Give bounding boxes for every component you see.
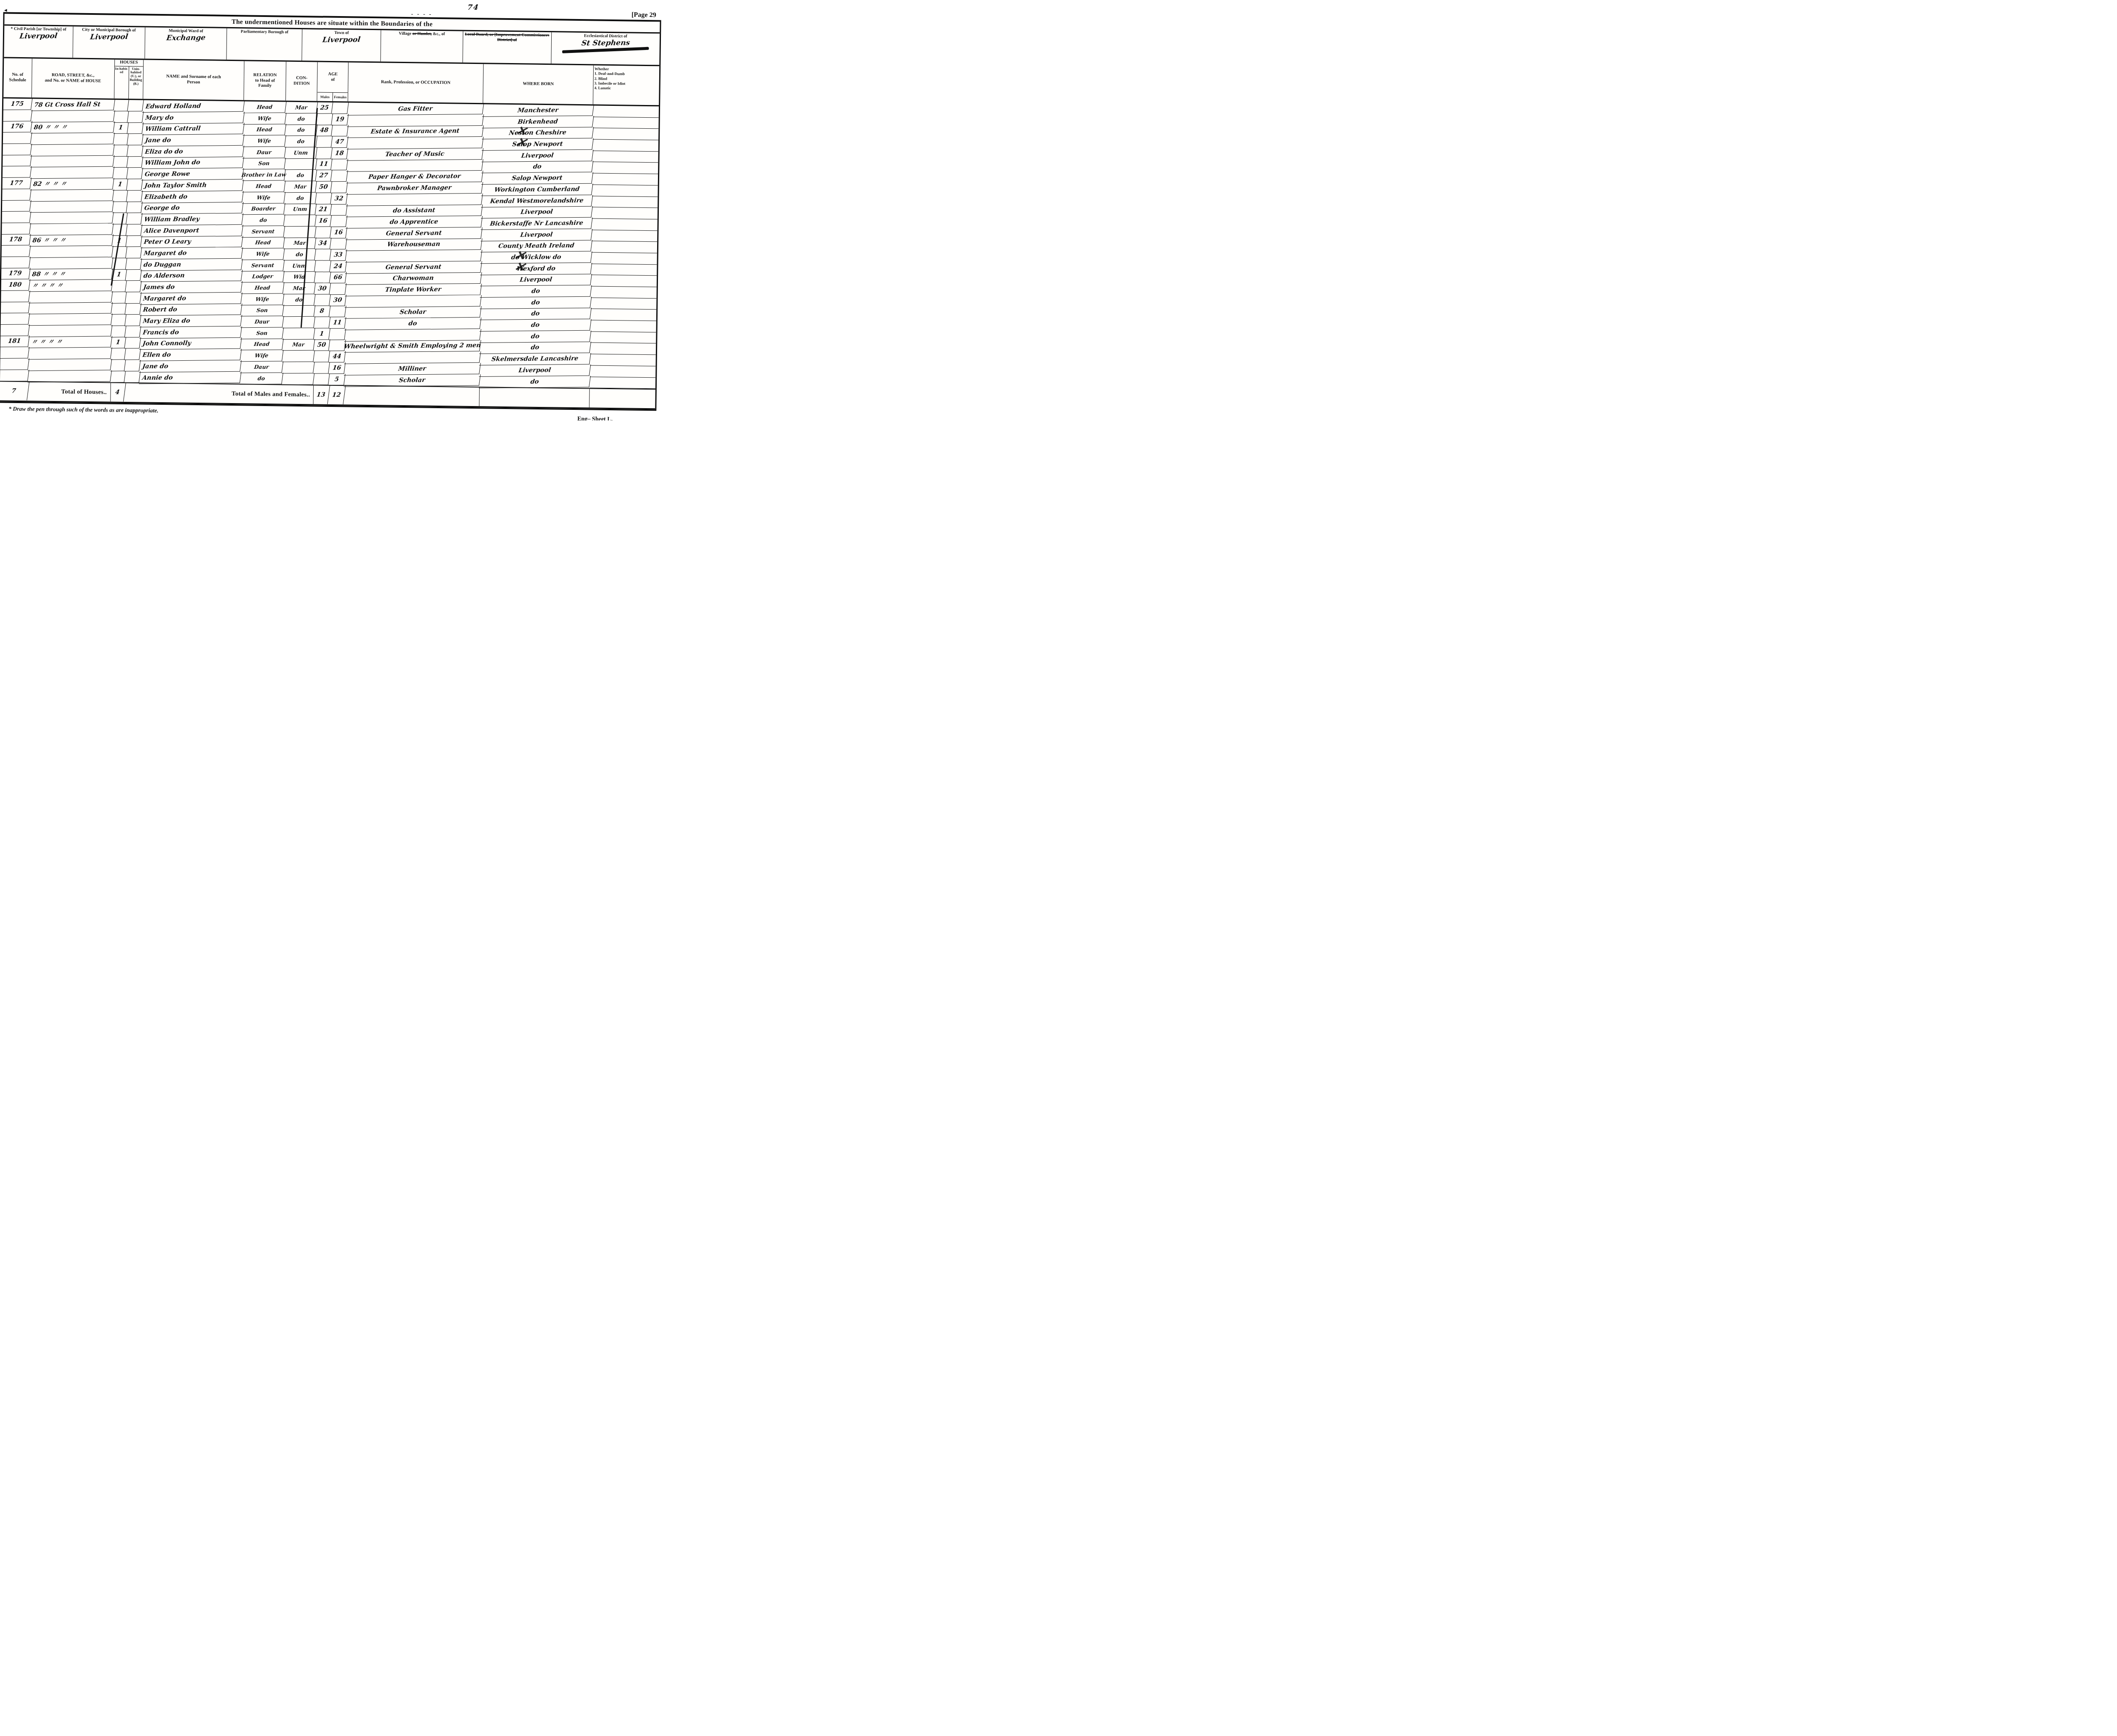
road-cell: [29, 246, 113, 258]
born-cell: do: [481, 161, 593, 173]
sheet-number: 74: [467, 4, 479, 11]
col-name-header: NAME and Surname of each Person: [143, 60, 244, 100]
civil-parish-cell: * Civil Parish [or Township] of Liverpoo…: [4, 25, 73, 58]
road-cell: [30, 189, 114, 201]
occupation-cell: Teacher of Music: [347, 148, 484, 160]
whether-cell: [590, 354, 656, 367]
condition-cell: do: [285, 124, 318, 136]
schedule-cell: 181: [0, 336, 30, 347]
inhabited-cell: [111, 326, 126, 337]
inhabited-cell: [111, 303, 126, 315]
schedule-cell: 178: [1, 234, 30, 246]
occupation-cell: Pawnbroker Manager: [346, 182, 483, 194]
name-cell: Alice Davenport: [141, 224, 243, 237]
inhabited-cell: [111, 258, 127, 269]
houses-group-label: HOUSES: [115, 60, 143, 66]
inhabited-cell: 1: [113, 122, 128, 134]
born-cell: Birkenhead: [482, 116, 594, 128]
totals-empty-whether: [589, 389, 655, 409]
age-females-cell: [330, 204, 348, 216]
pen-dashes: - - - -: [411, 11, 432, 18]
condition-cell: Unm: [285, 147, 318, 158]
name-cell: Edward Holland: [142, 100, 245, 113]
relation-cell: Boarder: [242, 203, 285, 215]
census-sheet-scan: 74 - - - - [Page 29 ◄ The undermentioned…: [0, 0, 664, 420]
age-females-cell: [330, 216, 348, 227]
road-cell: [29, 257, 113, 269]
schedule-cell: [2, 155, 32, 166]
relation-cell: Servant: [242, 226, 285, 238]
age-females-cell: [332, 102, 349, 114]
col-uninhabited-header: Unin-habited (U.), or Building (B.): [129, 66, 143, 99]
whether-cell: [592, 185, 658, 197]
inhabited-cell: [110, 371, 125, 382]
age-males-cell: [315, 227, 332, 238]
inhabited-cell: 1: [111, 337, 126, 348]
whether-cell: [591, 320, 656, 332]
age-females-cell: [331, 182, 348, 193]
ecclesiastical-district-label: Ecclesiastical District of: [553, 33, 659, 39]
road-cell: [28, 348, 112, 359]
ecclesiastical-district-cell: Ecclesiastical District of St Stephens: [551, 32, 660, 65]
road-cell: 82 〃 〃 〃: [30, 178, 114, 190]
whether-cell: [592, 218, 658, 231]
road-cell: [30, 110, 115, 122]
age-males-cell: [316, 136, 333, 148]
uninhabited-cell: [126, 191, 143, 202]
condition-cell: do: [285, 136, 318, 147]
condition-cell: Mar: [283, 283, 316, 294]
age-males-cell: [315, 193, 332, 204]
village-cell: Village or Hamlet, &c., of: [381, 30, 463, 62]
occupation-cell: [347, 137, 484, 149]
relation-cell: Lodger: [241, 271, 285, 283]
road-cell: 〃 〃 〃 〃: [28, 336, 112, 348]
totals-empty-occupation: [345, 386, 480, 406]
occupation-cell: [345, 295, 481, 307]
born-cell: do: [479, 330, 591, 343]
village-value: [382, 37, 462, 38]
age-females-cell: [332, 125, 349, 136]
schedule-cell: [1, 200, 31, 212]
whether-cell: [590, 365, 655, 378]
relation-cell: Daur: [240, 316, 284, 328]
inhabited-cell: [112, 202, 127, 213]
age-females-cell: 66: [329, 272, 347, 283]
born-cell: Neston Cheshire: [482, 127, 594, 139]
occupation-cell: [347, 114, 484, 127]
town-value: Liverpool: [303, 36, 380, 44]
occupation-cell: [344, 329, 481, 341]
uninhabited-cell: [126, 224, 142, 236]
age-males-cell: 8: [314, 306, 331, 317]
age-females-cell: 16: [329, 362, 346, 374]
uninhabited-cell: [124, 360, 141, 371]
name-cell: John Taylor Smith: [141, 180, 244, 192]
condition-cell: [282, 362, 315, 373]
occupation-cell: do Assistant: [346, 205, 483, 217]
born-cell: Kendal Westmorelandshire: [481, 195, 593, 207]
table-frame: The undermentioned Houses are situate wi…: [0, 12, 661, 411]
inhabited-cell: [113, 134, 128, 145]
born-cell: Skelmersdale Lancashire: [479, 353, 591, 365]
village-label: Village or Hamlet, &c., of: [382, 31, 462, 37]
whether-cell: [592, 162, 658, 174]
age-females-cell: 24: [330, 261, 347, 272]
town-label: Town of: [304, 30, 379, 36]
engraver-sheet-label: Eng– Sheet L.: [577, 416, 613, 420]
relation-cell: Daur: [243, 147, 286, 158]
name-cell: George do: [141, 202, 244, 214]
road-cell: 80 〃 〃 〃: [30, 122, 115, 133]
relation-cell: Wife: [241, 248, 285, 260]
whether-cell: [593, 140, 658, 152]
name-cell: John Connolly: [139, 337, 242, 350]
name-cell: Jane do: [139, 360, 242, 373]
municipal-ward-value: Exchange: [146, 34, 226, 42]
total-houses-label: Total of Houses..: [28, 382, 111, 401]
inhabited-cell: [111, 281, 127, 292]
schedule-cell: [1, 257, 30, 268]
schedule-cell: [0, 302, 30, 313]
age-males-cell: 16: [315, 215, 332, 227]
col-age-females-header: Females: [333, 93, 348, 101]
occupation-cell: General Servant: [345, 261, 482, 274]
condition-cell: [284, 226, 317, 238]
schedule-cell: [1, 223, 31, 234]
inhabited-cell: [111, 348, 126, 360]
page-number-label: [Page 29: [631, 11, 656, 19]
inhabited-cell: [110, 359, 125, 371]
col-schedule-header: No. of Schedule: [3, 58, 32, 97]
name-cell: Margaret do: [140, 247, 243, 260]
born-cell: Salop Newport: [482, 138, 594, 151]
age-females-cell: 5: [328, 373, 345, 385]
relation-cell: Head: [243, 102, 287, 113]
condition-cell: do: [283, 294, 316, 305]
born-cell: Bickerstaffe Nr Lancashire: [481, 218, 593, 230]
age-females-cell: [331, 170, 348, 182]
col-age-males-header: Males: [318, 92, 333, 101]
name-cell: William Cattrall: [142, 123, 245, 135]
col-born-header: WHERE BORN: [483, 64, 594, 104]
schedule-cell: [0, 324, 30, 336]
age-females-cell: 33: [330, 249, 347, 261]
occupation-cell: Charwoman: [345, 272, 482, 285]
whether-cell: [591, 241, 657, 254]
col-whether-header: Whether 1. Deaf-and-Dumb 2. Blind 3. Imb…: [593, 65, 659, 105]
occupation-cell: General Servant: [345, 227, 482, 239]
condition-cell: [282, 305, 315, 317]
occupation-cell: do: [345, 318, 481, 330]
occupation-cell: Wheelwright & Smith Employing 2 men: [344, 340, 481, 352]
occupation-cell: Milliner: [344, 363, 481, 375]
condition-cell: [282, 373, 315, 384]
age-females-cell: 44: [329, 351, 346, 362]
born-cell: Liverpool: [481, 229, 592, 241]
road-cell: [28, 314, 112, 326]
age-males-cell: [315, 272, 331, 283]
uninhabited-cell: [127, 100, 144, 111]
road-cell: [28, 302, 113, 314]
schedule-cell: [1, 211, 31, 223]
road-cell: [30, 133, 115, 145]
whether-cell: [593, 151, 658, 163]
relation-cell: do: [242, 214, 285, 226]
relation-cell: Wife: [241, 293, 285, 305]
condition-cell: Mar: [282, 339, 315, 351]
uninhabited-cell: [125, 247, 142, 258]
condition-cell: Mar: [283, 238, 316, 249]
uninhabited-cell: [127, 111, 144, 123]
age-males-cell: 21: [315, 204, 332, 216]
road-cell: [28, 370, 112, 382]
whether-cell: [592, 207, 658, 220]
age-males-cell: 50: [314, 340, 330, 351]
born-cell: Liverpool: [482, 149, 594, 162]
schedule-cell: 179: [0, 268, 30, 279]
age-females-cell: 32: [331, 193, 348, 204]
road-cell: [30, 167, 114, 179]
road-cell: 78 Gt Cross Hall St: [31, 99, 115, 111]
uninhabited-cell: [124, 326, 141, 337]
local-board-cell: Local Board, or [Improvement Commissione…: [463, 31, 552, 64]
age-females-cell: 16: [330, 227, 348, 238]
age-males-cell: 30: [314, 283, 331, 295]
col-condition-header: CON- DITION: [286, 62, 318, 101]
name-cell: Annie do: [139, 371, 242, 384]
uninhabited-cell: [125, 258, 142, 270]
whether-cell: [592, 196, 658, 208]
relation-cell: Wife: [240, 350, 284, 362]
inhabited-cell: [113, 156, 128, 168]
total-males-value: 13: [312, 386, 330, 404]
age-males-cell: [314, 317, 330, 329]
born-cell: Manchester: [482, 105, 594, 117]
relation-cell: Son: [240, 327, 284, 339]
whether-cell: [590, 343, 656, 355]
inhabited-cell: [113, 100, 129, 111]
name-cell: William Bradley: [141, 213, 243, 226]
schedule-cell: 176: [2, 121, 32, 133]
name-cell: George Rowe: [141, 168, 244, 180]
condition-cell: Mar: [285, 102, 318, 113]
struck-words: or Hamlet,: [412, 31, 432, 36]
born-cell: Salop Newport: [481, 172, 593, 185]
whether-cell: [591, 286, 657, 299]
name-cell: do Duggan: [140, 258, 243, 271]
whether-cell: [592, 174, 658, 186]
ink-blot: ◄: [3, 8, 8, 13]
condition-cell: Unm: [284, 204, 317, 215]
uninhabited-cell: [124, 348, 141, 360]
schedule-cell: [0, 358, 29, 370]
parliamentary-borough-label: Parliamentary Borough of: [228, 29, 301, 35]
uninhabited-cell: [127, 122, 144, 134]
whether-cell: [591, 275, 657, 287]
born-cell: Workington Cumberland: [481, 184, 593, 196]
age-males-cell: [315, 260, 331, 272]
uninhabited-cell: [125, 292, 141, 304]
occupation-cell: Paper Hanger & Decorator: [346, 171, 483, 183]
occupation-cell: [345, 250, 482, 262]
schedule-cell: [1, 245, 30, 257]
name-cell: Ellen do: [139, 349, 242, 361]
condition-cell: do: [284, 170, 317, 181]
municipal-borough-cell: City or Municipal Borough of Liverpool: [73, 26, 145, 58]
age-males-cell: 48: [316, 125, 333, 136]
civil-parish-value: Liverpool: [5, 32, 72, 40]
whether-cell: [590, 377, 655, 389]
born-cell: do: [480, 296, 591, 309]
age-females-cell: [329, 329, 346, 340]
occupation-cell: [346, 159, 483, 171]
age-males-cell: [313, 351, 330, 362]
relation-cell: Brother in Law: [242, 169, 286, 181]
uninhabited-cell: [126, 202, 142, 213]
condition-cell: [285, 158, 318, 170]
condition-cell: [282, 317, 315, 328]
footnote-text: * Draw the pen through such of the words…: [8, 406, 158, 414]
condition-cell: Wid: [283, 271, 316, 283]
born-cell: County Meath Ireland: [481, 240, 592, 252]
born-cell: do: [479, 342, 591, 354]
name-cell: Francis do: [139, 326, 242, 339]
born-cell: do: [480, 319, 591, 332]
road-cell: [28, 359, 112, 370]
condition-cell: Unm: [283, 260, 316, 271]
struck-entry-scribble: [562, 47, 649, 53]
inhabited-cell: [112, 224, 127, 235]
table-body: 175 78 Gt Cross Hall St Edward Holland H…: [0, 98, 659, 389]
inhabited-cell: [112, 190, 127, 202]
age-males-cell: 27: [316, 170, 332, 182]
parliamentary-borough-value: [228, 35, 301, 36]
relation-cell: Head: [241, 237, 285, 249]
whether-cell: [590, 332, 656, 344]
road-cell: [28, 325, 112, 337]
age-females-cell: 19: [332, 114, 349, 125]
road-cell: 86 〃 〃 〃: [29, 235, 113, 246]
uninhabited-cell: [124, 315, 141, 326]
uninhabited-cell: [126, 213, 142, 224]
occupation-cell: [344, 351, 481, 364]
whether-cell: [593, 117, 659, 129]
relation-cell: Head: [241, 282, 285, 294]
relation-cell: Head: [243, 124, 286, 136]
whether-cell: [591, 252, 657, 265]
schedule-cell: 175: [3, 99, 32, 110]
col-houses-header: HOUSES In-habit-ed Unin-habited (U.), or…: [114, 60, 144, 99]
occupation-cell: Tinplate Worker: [345, 284, 482, 296]
road-cell: [30, 201, 114, 213]
uninhabited-cell: [124, 371, 140, 383]
road-cell: [30, 144, 114, 156]
age-females-cell: [329, 306, 346, 317]
municipal-ward-cell: Municipal Ward of Exchange: [145, 28, 227, 60]
relation-cell: Wife: [243, 135, 286, 147]
whether-cell: [591, 309, 656, 321]
name-cell: Peter O Leary: [141, 236, 243, 248]
uninhabited-cell: [127, 157, 143, 168]
municipal-borough-label: City or Municipal Borough of: [75, 27, 144, 33]
ecclesiastical-district-value: St Stephens: [552, 39, 659, 47]
age-males-cell: 50: [315, 181, 332, 193]
uninhabited-cell: [125, 235, 142, 247]
name-cell: Margaret do: [140, 293, 243, 305]
age-males-cell: 25: [317, 102, 333, 114]
schedule-cell: [0, 347, 29, 359]
occupation-cell: Scholar: [344, 374, 481, 386]
born-cell: Liverpool: [479, 365, 591, 377]
relation-cell: Servant: [241, 260, 285, 271]
local-board-value: [464, 43, 550, 44]
col-age-header: AGE of Males Females: [318, 62, 349, 101]
total-houses-value: 4: [109, 383, 125, 402]
age-males-cell: [315, 249, 331, 260]
uninhabited-cell: [125, 281, 141, 292]
age-females-cell: [331, 159, 348, 170]
inhabited-cell: [111, 315, 126, 326]
born-cell: Liverpool: [481, 206, 593, 218]
inhabited-cell: 1: [112, 235, 127, 247]
born-cell: do Wicklow do: [481, 252, 592, 264]
inhabited-cell: [112, 247, 127, 258]
whether-cell: [591, 264, 657, 276]
schedule-cell: [2, 133, 32, 144]
inhabited-cell: [112, 213, 127, 224]
age-females-cell: 47: [331, 136, 348, 148]
age-males-cell: [316, 147, 332, 159]
name-cell: Elizabeth do: [141, 191, 244, 203]
schedule-cell: [0, 370, 29, 381]
occupation-cell: Warehouseman: [345, 238, 482, 251]
condition-cell: Mar: [284, 181, 317, 193]
totals-empty-born: [479, 387, 590, 407]
occupation-cell: [346, 193, 483, 205]
relation-cell: do: [240, 373, 283, 384]
total-females-value: 12: [328, 386, 346, 404]
municipal-borough-value: Liverpool: [74, 33, 144, 41]
schedule-cell: [0, 313, 30, 325]
age-males-cell: [313, 373, 330, 385]
age-females-cell: 30: [329, 295, 347, 306]
occupation-cell: Scholar: [345, 306, 481, 318]
name-cell: William John do: [141, 157, 244, 169]
inhabited-cell: [113, 111, 128, 122]
born-cell: Wexford do: [480, 263, 592, 275]
col-inhabited-header: In-habit-ed: [114, 66, 129, 99]
schedule-cell: [2, 189, 31, 200]
parliamentary-borough-cell: Parliamentary Borough of: [227, 28, 303, 61]
schedule-cell: [2, 144, 32, 155]
uninhabited-cell: [126, 179, 143, 191]
occupation-cell: Gas Fitter: [347, 103, 484, 115]
road-cell: [29, 212, 113, 224]
schedule-cell: [3, 110, 32, 121]
uninhabited-cell: [124, 337, 141, 348]
age-males-cell: 11: [316, 159, 332, 170]
name-cell: James do: [140, 281, 243, 293]
col-occupation-header: Rank, Profession, or OCCUPATION: [348, 62, 484, 103]
col-road-header: ROAD, STREET, &c., and No. or NAME of HO…: [32, 58, 115, 98]
inhabited-cell: [111, 292, 126, 303]
name-cell: do Alderson: [140, 270, 243, 282]
inhabited-cell: [113, 145, 128, 156]
municipal-ward-label: Municipal Ward of: [146, 28, 226, 34]
condition-cell: do: [285, 113, 318, 124]
occupation-cell: Estate & Insurance Agent: [347, 125, 484, 138]
